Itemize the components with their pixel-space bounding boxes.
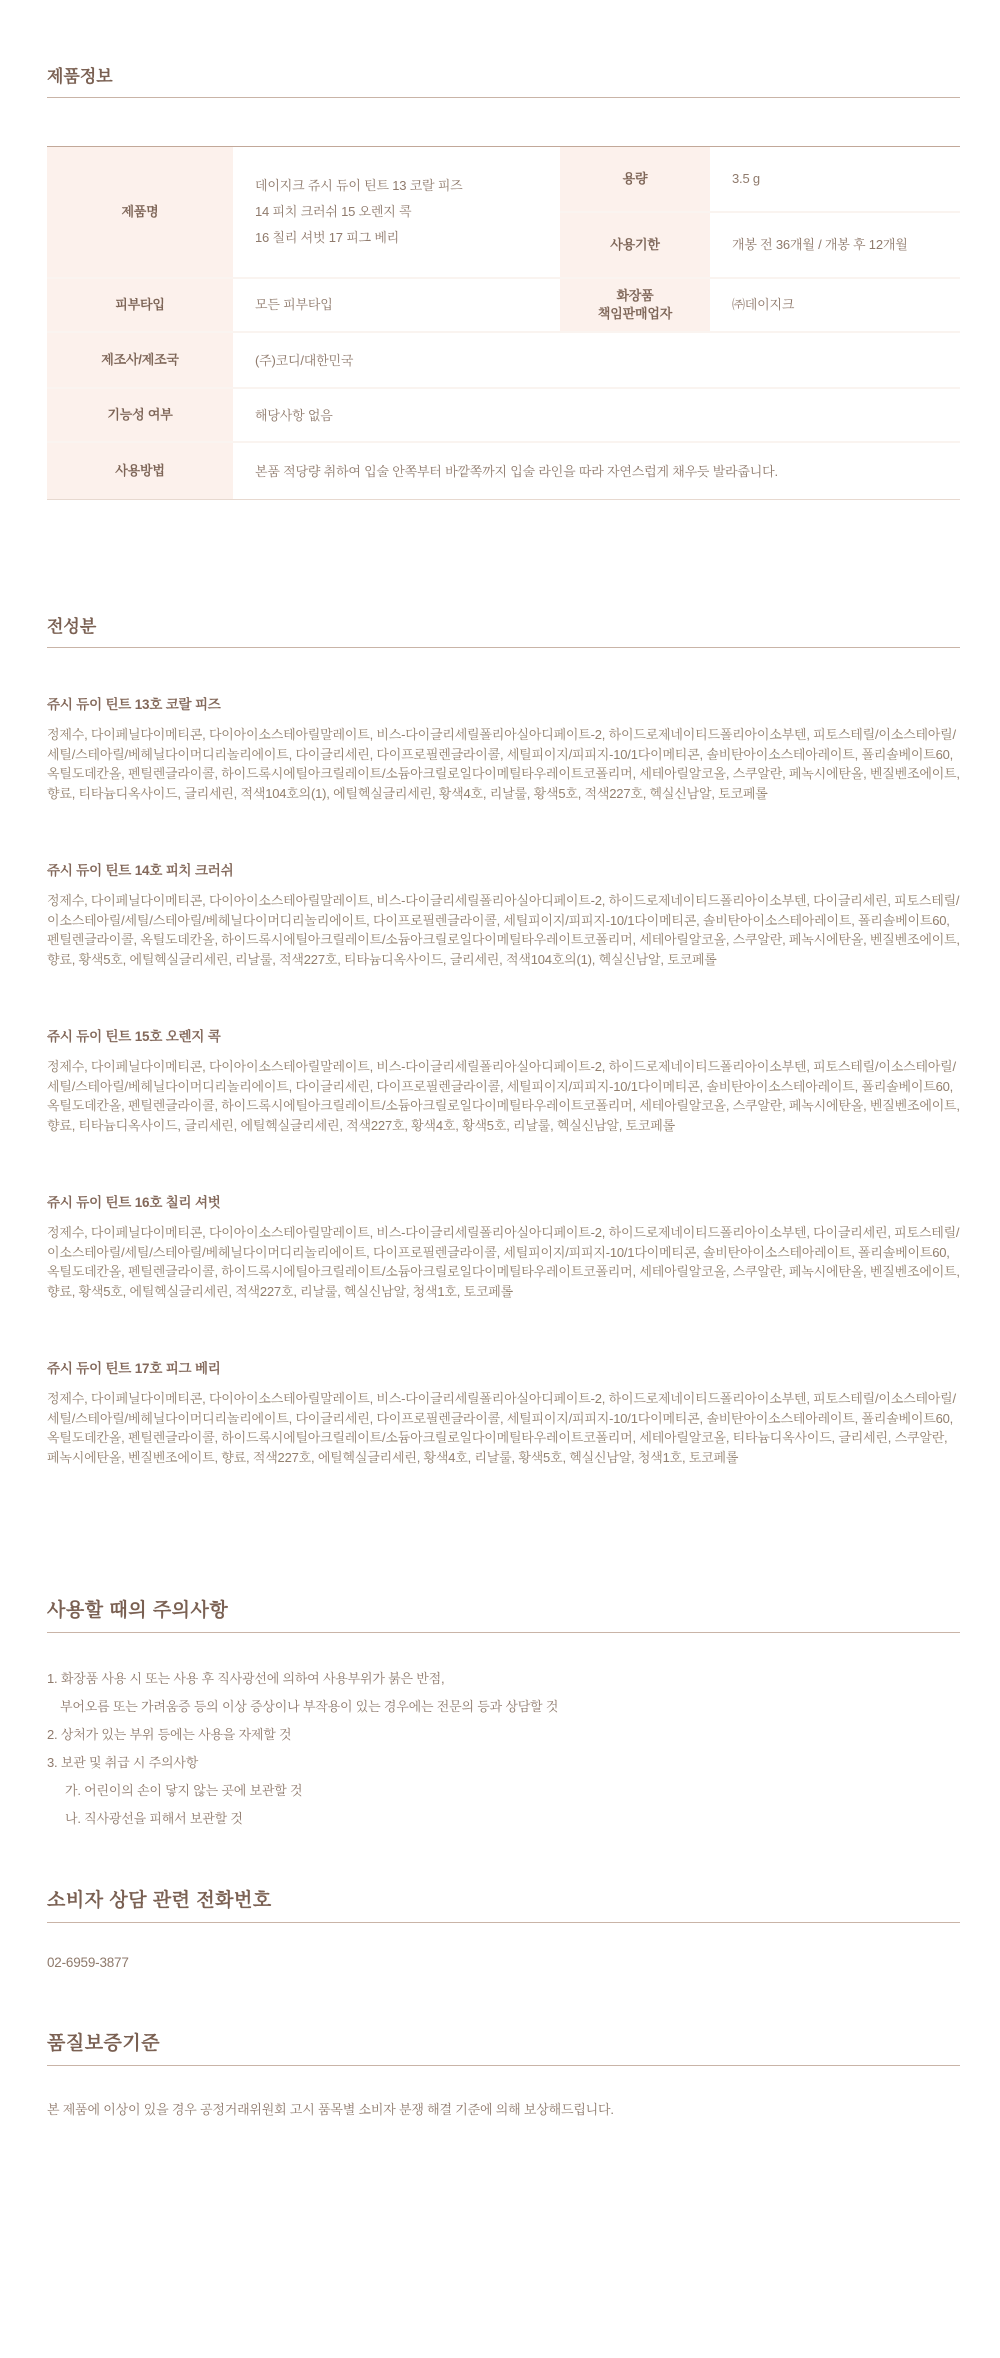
contact-section: 소비자 상담 관련 전화번호 02-6959-3877 [47,1885,960,1970]
ingredient-block-text: 정제수, 다이페닐다이메티콘, 다이아이소스테아릴말레이트, 비스-다이글리세릴… [47,1057,960,1135]
precautions-list: 1. 화장품 사용 시 또는 사용 후 직사광선에 의하여 사용부위가 붉은 반… [47,1665,960,1833]
table-row-volume: 용량 3.5 g [560,147,960,211]
warranty-section: 품질보증기준 본 제품에 이상이 있을 경우 공정거래위원회 고시 품목별 소비… [47,2028,960,2119]
precaution-line: 1. 화장품 사용 시 또는 사용 후 직사광선에 의하여 사용부위가 붉은 반… [47,1665,960,1693]
seller-label-text: 화장품책임판매업자 [598,287,672,323]
precaution-line: 2. 상처가 있는 부위 등에는 사용을 자제할 것 [47,1721,960,1749]
ingredient-block-name: 쥬시 듀이 틴트 15호 오렌지 콕 [47,1025,960,1045]
table-row-seller: 화장품책임판매업자 ㈜데이지크 [560,279,960,331]
precaution-line: 부어오름 또는 가려움증 등의 이상 증상이나 부작용이 있는 경우에는 전문의… [47,1693,960,1721]
product-detail-content: 제품정보 제품명 데이지크 쥬시 듀이 틴트 13 코랄 피즈 14 피치 크러… [47,0,960,2229]
manufacturer-label: 제조사/제조국 [47,333,233,387]
ingredient-block-text: 정제수, 다이페닐다이메티콘, 다이아이소스테아릴말레이트, 비스-다이글리세릴… [47,725,960,803]
expiry-value: 개봉 전 36개월 / 개봉 후 12개월 [710,213,960,277]
volume-label: 용량 [560,147,710,211]
product-name-line-1: 데이지크 쥬시 듀이 틴트 13 코랄 피즈 [255,173,560,199]
precautions-section: 사용할 때의 주의사항 1. 화장품 사용 시 또는 사용 후 직사광선에 의하… [47,1595,960,1833]
ingredient-block-tint-15: 쥬시 듀이 틴트 15호 오렌지 콕 정제수, 다이페닐다이메티콘, 다이아이소… [47,1025,960,1135]
usage-label: 사용방법 [47,443,233,499]
product-info-title-divider [47,97,960,98]
table-row-expiry: 사용기한 개봉 전 36개월 / 개봉 후 12개월 [560,211,960,277]
ingredient-block-tint-16: 쥬시 듀이 틴트 16호 칠리 셔벗 정제수, 다이페닐다이메티콘, 다이아이소… [47,1191,960,1301]
product-info-table: 제품명 데이지크 쥬시 듀이 틴트 13 코랄 피즈 14 피치 크러쉬 15 … [47,146,960,500]
functional-label: 기능성 여부 [47,389,233,441]
ingredient-block-name: 쥬시 듀이 틴트 14호 피치 크러쉬 [47,859,960,879]
warranty-text: 본 제품에 이상이 있을 경우 공정거래위원회 고시 품목별 소비자 분쟁 해결… [47,2100,960,2119]
manufacturer-value: (주)코디/대한민국 [233,333,960,387]
precaution-line: 나. 직사광선을 피해서 보관할 것 [47,1805,960,1833]
product-name-line-2: 14 피치 크러쉬 15 오렌지 콕 [255,199,560,225]
table-row-functional: 기능성 여부 해당사항 없음 [47,387,960,441]
contact-title: 소비자 상담 관련 전화번호 [47,1885,960,1912]
seller-column: 화장품책임판매업자 ㈜데이지크 [560,279,960,331]
warranty-title-divider [47,2065,960,2066]
ingredient-block-tint-13: 쥬시 듀이 틴트 13호 코랄 피즈 정제수, 다이페닐다이메티콘, 다이아이소… [47,693,960,803]
table-row-manufacturer: 제조사/제조국 (주)코디/대한민국 [47,331,960,387]
ingredient-block-name: 쥬시 듀이 틴트 16호 칠리 셔벗 [47,1191,960,1211]
skin-type-value: 모든 피부타입 [233,279,560,331]
seller-label-line-1: 화장품 [616,288,653,303]
table-row-skin-type: 피부타입 모든 피부타입 화장품책임판매업자 ㈜데이지크 [47,277,960,331]
volume-value: 3.5 g [710,147,960,211]
product-name-line-3: 16 칠리 셔벗 17 피그 베리 [255,225,560,251]
ingredient-block-text: 정제수, 다이페닐다이메티콘, 다이아이소스테아릴말레이트, 비스-다이글리세릴… [47,1223,960,1301]
precautions-title: 사용할 때의 주의사항 [47,1595,960,1622]
ingredient-block-text: 정제수, 다이페닐다이메티콘, 다이아이소스테아릴말레이트, 비스-다이글리세릴… [47,1389,960,1467]
ingredient-block-text: 정제수, 다이페닐다이메티콘, 다이아이소스테아릴말레이트, 비스-다이글리세릴… [47,891,960,969]
product-info-section: 제품정보 제품명 데이지크 쥬시 듀이 틴트 13 코랄 피즈 14 피치 크러… [47,62,960,500]
ingredient-block-tint-17: 쥬시 듀이 틴트 17호 피그 베리 정제수, 다이페닐다이메티콘, 다이아이소… [47,1357,960,1467]
seller-label: 화장품책임판매업자 [560,279,710,331]
precautions-title-divider [47,1632,960,1633]
usage-value: 본품 적당량 취하여 입술 안쪽부터 바깥쪽까지 입술 라인을 따라 자연스럽게… [233,443,960,499]
product-name-label: 제품명 [47,147,233,277]
product-info-title: 제품정보 [47,62,960,87]
ingredient-block-name: 쥬시 듀이 틴트 17호 피그 베리 [47,1357,960,1377]
precaution-line: 3. 보관 및 취급 시 주의사항 [47,1749,960,1777]
ingredient-block-name: 쥬시 듀이 틴트 13호 코랄 피즈 [47,693,960,713]
volume-expiry-column: 용량 3.5 g 사용기한 개봉 전 36개월 / 개봉 후 12개월 [560,147,960,277]
warranty-title: 품질보증기준 [47,2028,960,2055]
table-row-product-name: 제품명 데이지크 쥬시 듀이 틴트 13 코랄 피즈 14 피치 크러쉬 15 … [47,147,960,277]
contact-phone-number: 02-6959-3877 [47,1955,960,1970]
table-row-usage: 사용방법 본품 적당량 취하여 입술 안쪽부터 바깥쪽까지 입술 라인을 따라 … [47,441,960,499]
seller-label-line-2: 책임판매업자 [598,306,672,321]
ingredients-title-divider [47,647,960,648]
product-name-value: 데이지크 쥬시 듀이 틴트 13 코랄 피즈 14 피치 크러쉬 15 오렌지 … [233,147,560,277]
precaution-line: 가. 어린이의 손이 닿지 않는 곳에 보관할 것 [47,1777,960,1805]
ingredients-title: 전성분 [47,612,960,637]
expiry-label: 사용기한 [560,213,710,277]
skin-type-value-text: 모든 피부타입 [255,292,560,318]
contact-title-divider [47,1922,960,1923]
functional-value: 해당사항 없음 [233,389,960,441]
seller-value: ㈜데이지크 [710,279,960,331]
skin-type-label: 피부타입 [47,279,233,331]
ingredient-block-tint-14: 쥬시 듀이 틴트 14호 피치 크러쉬 정제수, 다이페닐다이메티콘, 다이아이… [47,859,960,969]
ingredients-section: 전성분 쥬시 듀이 틴트 13호 코랄 피즈 정제수, 다이페닐다이메티콘, 다… [47,612,960,1467]
